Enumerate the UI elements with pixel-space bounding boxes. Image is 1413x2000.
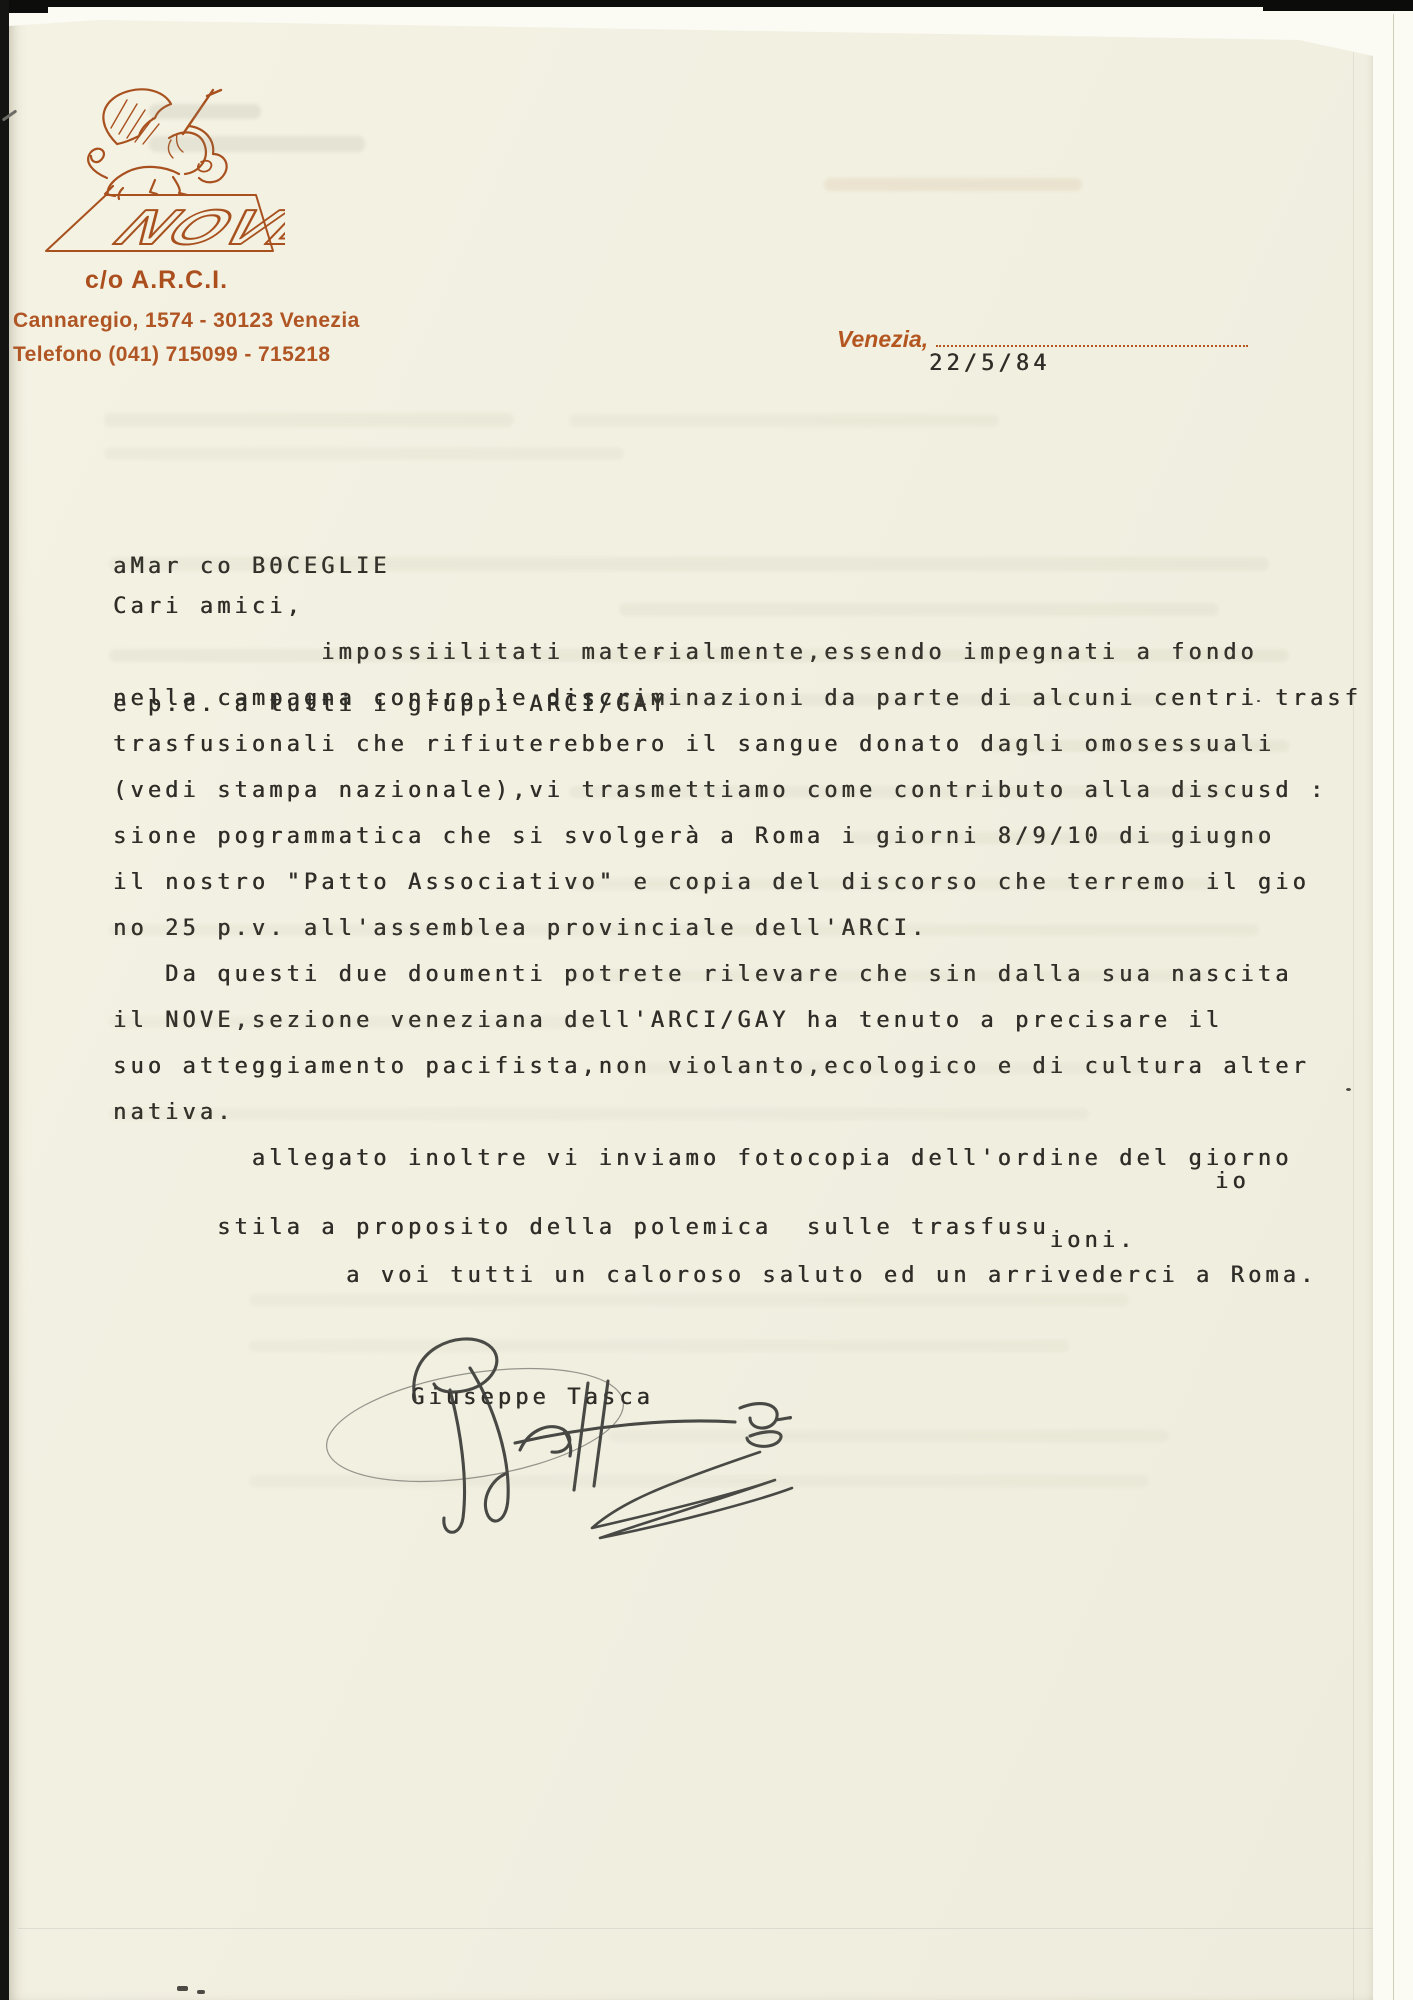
bleedthrough-smudge xyxy=(619,694,1179,706)
bleedthrough-smudge xyxy=(849,832,1269,844)
letterhead-address: Cannaregio, 1574 - 30123 Venezia Telefon… xyxy=(13,304,360,372)
ink-speck xyxy=(177,1986,188,1991)
misaligned-typed-line: stila a proposito della polemica sulle t… xyxy=(113,1190,1136,1236)
ink-speck xyxy=(197,1990,205,1994)
ink-speck xyxy=(1346,1088,1351,1091)
bleedthrough-smudge xyxy=(619,1062,1179,1074)
bleedthrough-smudge xyxy=(989,740,1289,752)
bleedthrough-smudge xyxy=(249,1294,1129,1306)
bleedthrough-smudge xyxy=(109,557,1269,571)
dotted-leader xyxy=(936,330,1248,347)
bleedthrough-smudge xyxy=(109,1016,609,1028)
misaligned-dropped: ioni. xyxy=(1050,1228,1137,1253)
bleedthrough-smudge xyxy=(149,136,365,152)
bleedthrough-smudge xyxy=(149,104,261,119)
bleedthrough-smudge xyxy=(104,413,514,427)
typed-line: allegato inoltre vi inviamo fotocopia de… xyxy=(113,1136,1362,1182)
misaligned-main: stila a proposito della polemica sulle t… xyxy=(217,1215,1050,1240)
handwritten-signature xyxy=(320,1328,800,1558)
bleedthrough-smudge xyxy=(109,649,1289,662)
date-value: 22/5/84 xyxy=(929,351,1050,376)
bleedthrough-smudge xyxy=(609,1430,1169,1442)
paper-crease xyxy=(18,1928,1382,1930)
bleedthrough-smudge xyxy=(569,970,1209,982)
bleedthrough-smudge xyxy=(109,924,1259,936)
bleedthrough-smudge xyxy=(619,603,1219,616)
bleedthrough-smudge xyxy=(569,414,999,427)
scan-edge-left xyxy=(0,0,9,2000)
logo-wordmark: NOVE xyxy=(104,200,285,255)
bleedthrough-smudge xyxy=(109,1108,1089,1120)
underlying-page-edge xyxy=(1393,14,1394,2000)
bleedthrough-smudge xyxy=(569,878,1219,890)
place-label: Venezia, xyxy=(837,326,928,352)
scan-edge-corner xyxy=(1263,0,1413,11)
letter-paper: NOVE xyxy=(9,0,1373,2000)
dateline: Venezia, xyxy=(837,326,1248,353)
address-line: Cannaregio, 1574 - 30123 Venezia xyxy=(13,304,360,338)
misaligned-raised: io xyxy=(1215,1169,1250,1194)
scanned-letter: NOVE xyxy=(0,0,1413,2000)
paper-fold-line xyxy=(1353,44,1354,2000)
closing-line: a voi tutti un caloroso saluto ed un arr… xyxy=(346,1263,1317,1288)
ink-speck xyxy=(657,652,660,655)
bleedthrough-smudge xyxy=(569,786,1249,798)
scan-edge-top xyxy=(0,0,1413,7)
bleedthrough-smudge xyxy=(824,178,1082,191)
phone-line: Telefono (041) 715099 - 715218 xyxy=(13,338,360,372)
bleedthrough-smudge xyxy=(104,447,624,460)
bleedthrough-smudge xyxy=(249,1475,1149,1487)
bleedthrough-smudge xyxy=(249,1340,1069,1352)
careof-label: c/o A.R.C.I. xyxy=(85,266,228,295)
ink-speck xyxy=(1257,700,1260,702)
